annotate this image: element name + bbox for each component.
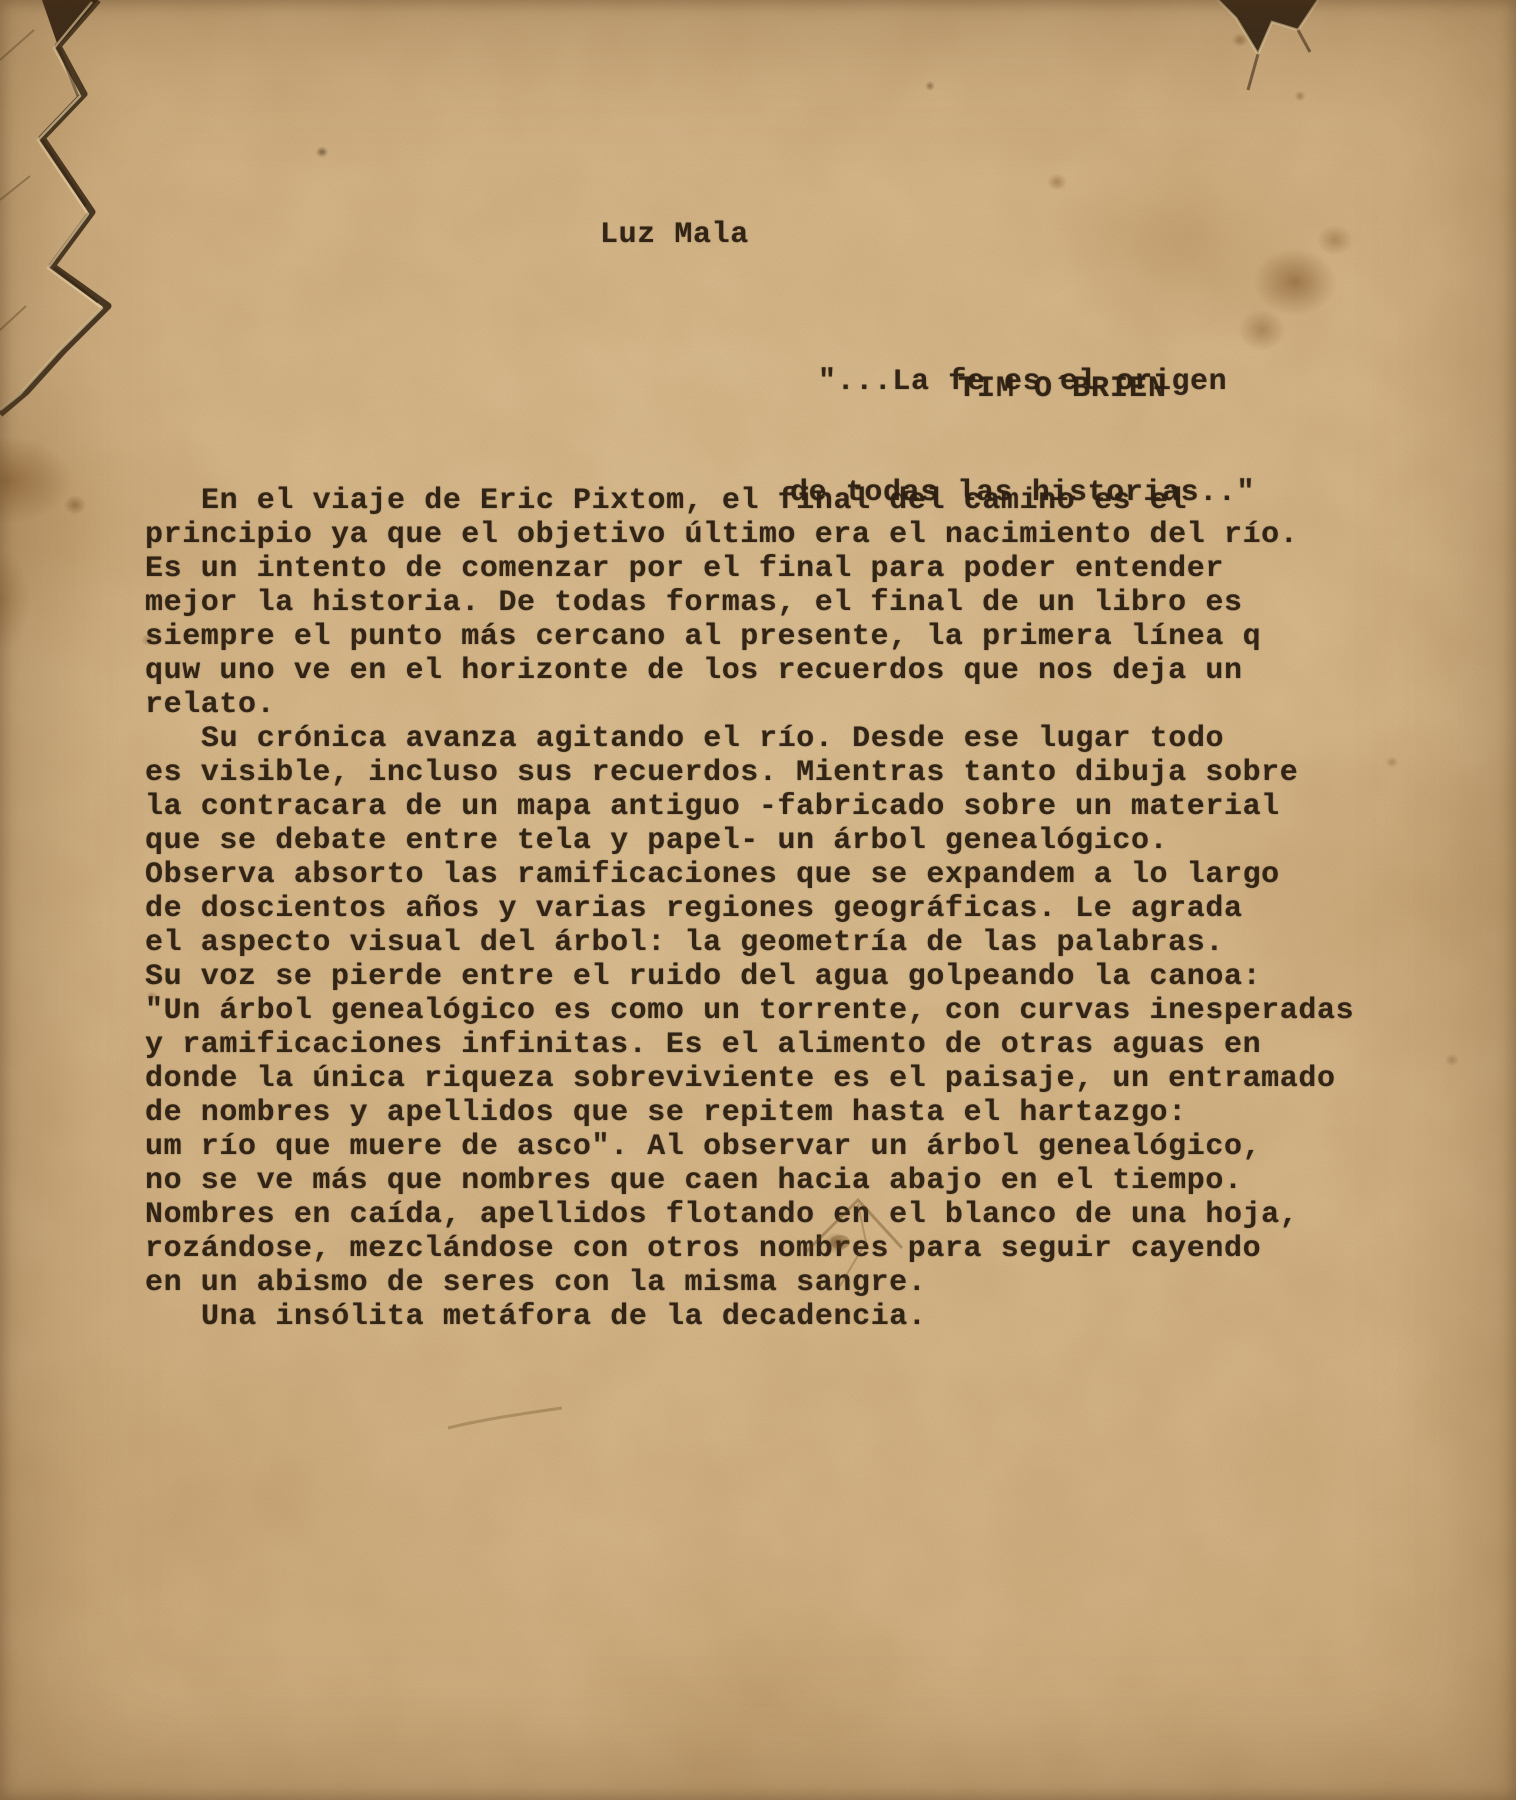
- text-line: En el viaje de Eric Pixtom, el final del…: [145, 484, 1354, 518]
- text-line: relato.: [145, 688, 1354, 722]
- text-line: la contracara de un mapa antiguo -fabric…: [145, 790, 1354, 824]
- paper-page: Luz Mala "...La fe es el origen de todas…: [0, 0, 1516, 1800]
- text-line: que se debate entre tela y papel- un árb…: [145, 824, 1354, 858]
- document-content: Luz Mala "...La fe es el origen de todas…: [0, 0, 1516, 1800]
- text-line: Su voz se pierde entre el ruido del agua…: [145, 960, 1354, 994]
- text-line: donde la única riqueza sobreviviente es …: [145, 1062, 1354, 1096]
- text-line: rozándose, mezclándose con otros nombres…: [145, 1232, 1354, 1266]
- document-body: En el viaje de Eric Pixtom, el final del…: [145, 484, 1354, 1334]
- text-line: siempre el punto más cercano al presente…: [145, 620, 1354, 654]
- text-line: Una insólita metáfora de la decadencia.: [145, 1300, 1354, 1334]
- text-line: el aspecto visual del árbol: la geometrí…: [145, 926, 1354, 960]
- text-line: principio ya que el objetivo último era …: [145, 518, 1354, 552]
- paragraph: Una insólita metáfora de la decadencia.: [145, 1300, 1354, 1334]
- text-line: um río que muere de asco". Al observar u…: [145, 1130, 1354, 1164]
- text-line: en un abismo de seres con la misma sangr…: [145, 1266, 1354, 1300]
- text-line: Nombres en caída, apellidos flotando en …: [145, 1198, 1354, 1232]
- text-line: de doscientos años y varias regiones geo…: [145, 892, 1354, 926]
- text-line: y ramificaciones infinitas. Es el alimen…: [145, 1028, 1354, 1062]
- text-line: no se ve más que nombres que caen hacia …: [145, 1164, 1354, 1198]
- text-line: "Un árbol genealógico es como un torrent…: [145, 994, 1354, 1028]
- text-line: Observa absorto las ramificaciones que s…: [145, 858, 1354, 892]
- text-line: de nombres y apellidos que se repitem ha…: [145, 1096, 1354, 1130]
- text-line: Su crónica avanza agitando el río. Desde…: [145, 722, 1354, 756]
- text-line: es visible, incluso sus recuerdos. Mient…: [145, 756, 1354, 790]
- paragraph: Su crónica avanza agitando el río. Desde…: [145, 722, 1354, 1300]
- paragraph: En el viaje de Eric Pixtom, el final del…: [145, 484, 1354, 722]
- epigraph-attribution: TIM O´BRIEN: [958, 372, 1167, 406]
- text-line: Es un intento de comenzar por el final p…: [145, 552, 1354, 586]
- document-title: Luz Mala: [600, 218, 749, 252]
- text-line: quw uno ve en el horizonte de los recuer…: [145, 654, 1354, 688]
- text-line: mejor la historia. De todas formas, el f…: [145, 586, 1354, 620]
